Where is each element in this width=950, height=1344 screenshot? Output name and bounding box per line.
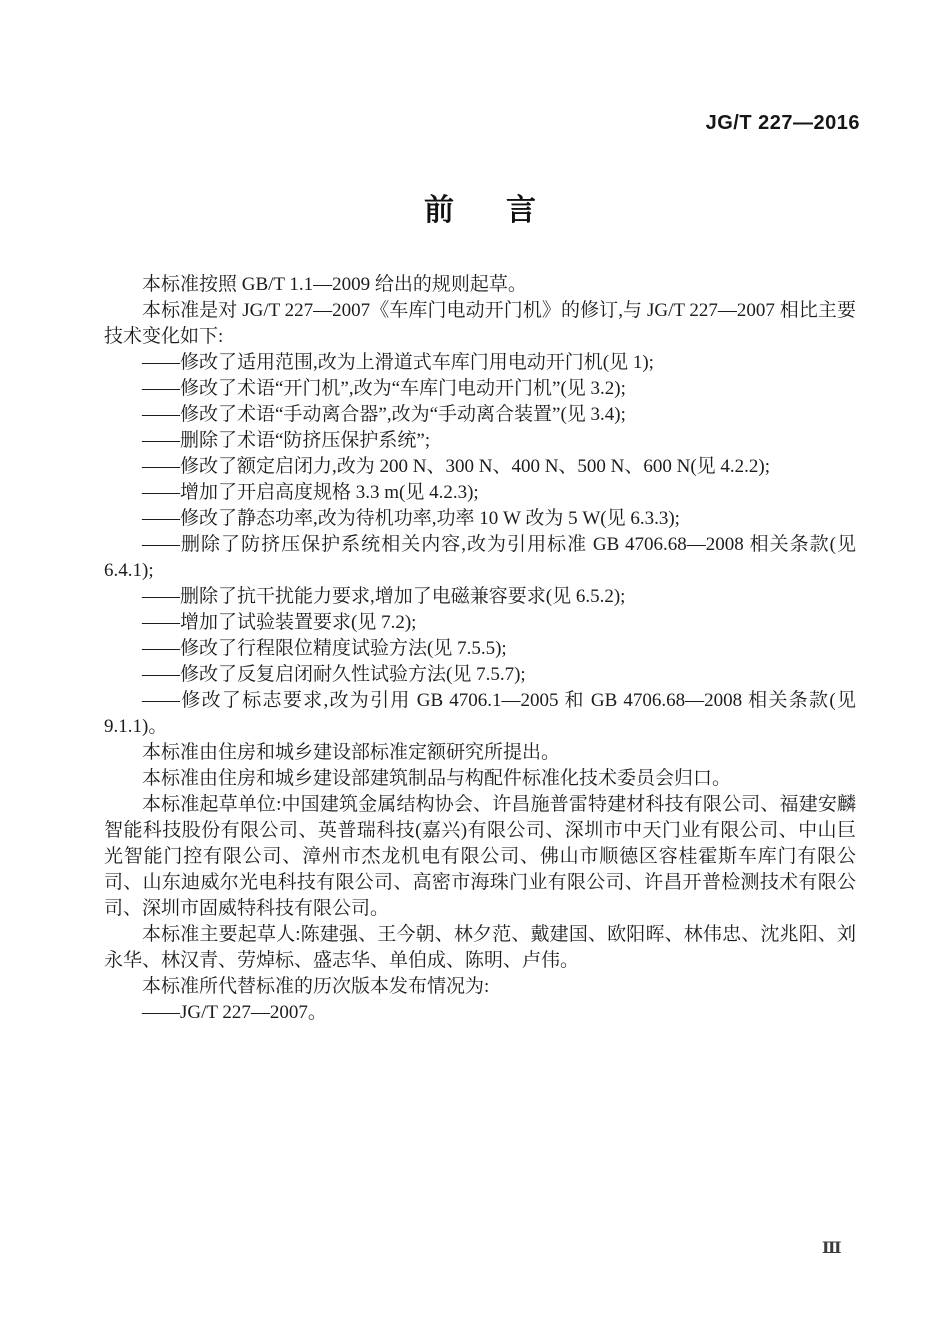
change-item: ——增加了开启高度规格 3.3 m(见 4.2.3);	[104, 480, 856, 506]
change-item: ——增加了试验装置要求(见 7.2);	[104, 610, 856, 636]
document-page: JG/T 227—2016 前言 本标准按照 GB/T 1.1—2009 给出的…	[0, 0, 950, 1344]
change-item: ——修改了术语“手动离合器”,改为“手动离合装置”(见 3.4);	[104, 402, 856, 428]
change-item: ——修改了适用范围,改为上滑道式车库门用电动开门机(见 1);	[104, 350, 856, 376]
foreword-drafting-units-paragraph: 本标准起草单位:中国建筑金属结构协会、许昌施普雷特建材科技有限公司、福建安麟智能…	[104, 792, 856, 922]
foreword-history-intro-paragraph: 本标准所代替标准的历次版本发布情况为:	[104, 974, 856, 1000]
standard-code-header: JG/T 227—2016	[0, 112, 860, 135]
change-item: ——修改了行程限位精度试验方法(见 7.5.5);	[104, 636, 856, 662]
change-item: ——修改了额定启闭力,改为 200 N、300 N、400 N、500 N、60…	[104, 454, 856, 480]
foreword-intro-paragraph: 本标准按照 GB/T 1.1—2009 给出的规则起草。	[104, 272, 856, 298]
foreword-title-char-1: 前	[424, 194, 454, 227]
foreword-closing-paragraph: 本标准由住房和城乡建设部标准定额研究所提出。	[104, 740, 856, 766]
page-number: Ⅲ	[822, 1238, 841, 1258]
foreword-intro-paragraph: 本标准是对 JG/T 227—2007《车库门电动开门机》的修订,与 JG/T …	[104, 298, 856, 350]
foreword-title: 前言	[104, 196, 856, 226]
change-item: ——修改了反复启闭耐久性试验方法(见 7.5.7);	[104, 662, 856, 688]
change-item: ——修改了静态功率,改为待机功率,功率 10 W 改为 5 W(见 6.3.3)…	[104, 506, 856, 532]
foreword-closing-paragraph: 本标准由住房和城乡建设部建筑制品与构配件标准化技术委员会归口。	[104, 766, 856, 792]
history-item: ——JG/T 227—2007。	[104, 1000, 856, 1026]
foreword-body: 本标准按照 GB/T 1.1—2009 给出的规则起草。 本标准是对 JG/T …	[104, 272, 856, 1026]
change-item: ——删除了抗干扰能力要求,增加了电磁兼容要求(见 6.5.2);	[104, 584, 856, 610]
foreword-title-char-2: 言	[506, 194, 536, 227]
foreword-drafters-paragraph: 本标准主要起草人:陈建强、王今朝、林夕范、戴建国、欧阳晖、林伟忠、沈兆阳、刘永华…	[104, 922, 856, 974]
change-item: ——删除了防挤压保护系统相关内容,改为引用标准 GB 4706.68—2008 …	[104, 532, 856, 584]
change-item: ——删除了术语“防挤压保护系统”;	[104, 428, 856, 454]
change-item: ——修改了标志要求,改为引用 GB 4706.1—2005 和 GB 4706.…	[104, 688, 856, 740]
change-item: ——修改了术语“开门机”,改为“车库门电动开门机”(见 3.2);	[104, 376, 856, 402]
